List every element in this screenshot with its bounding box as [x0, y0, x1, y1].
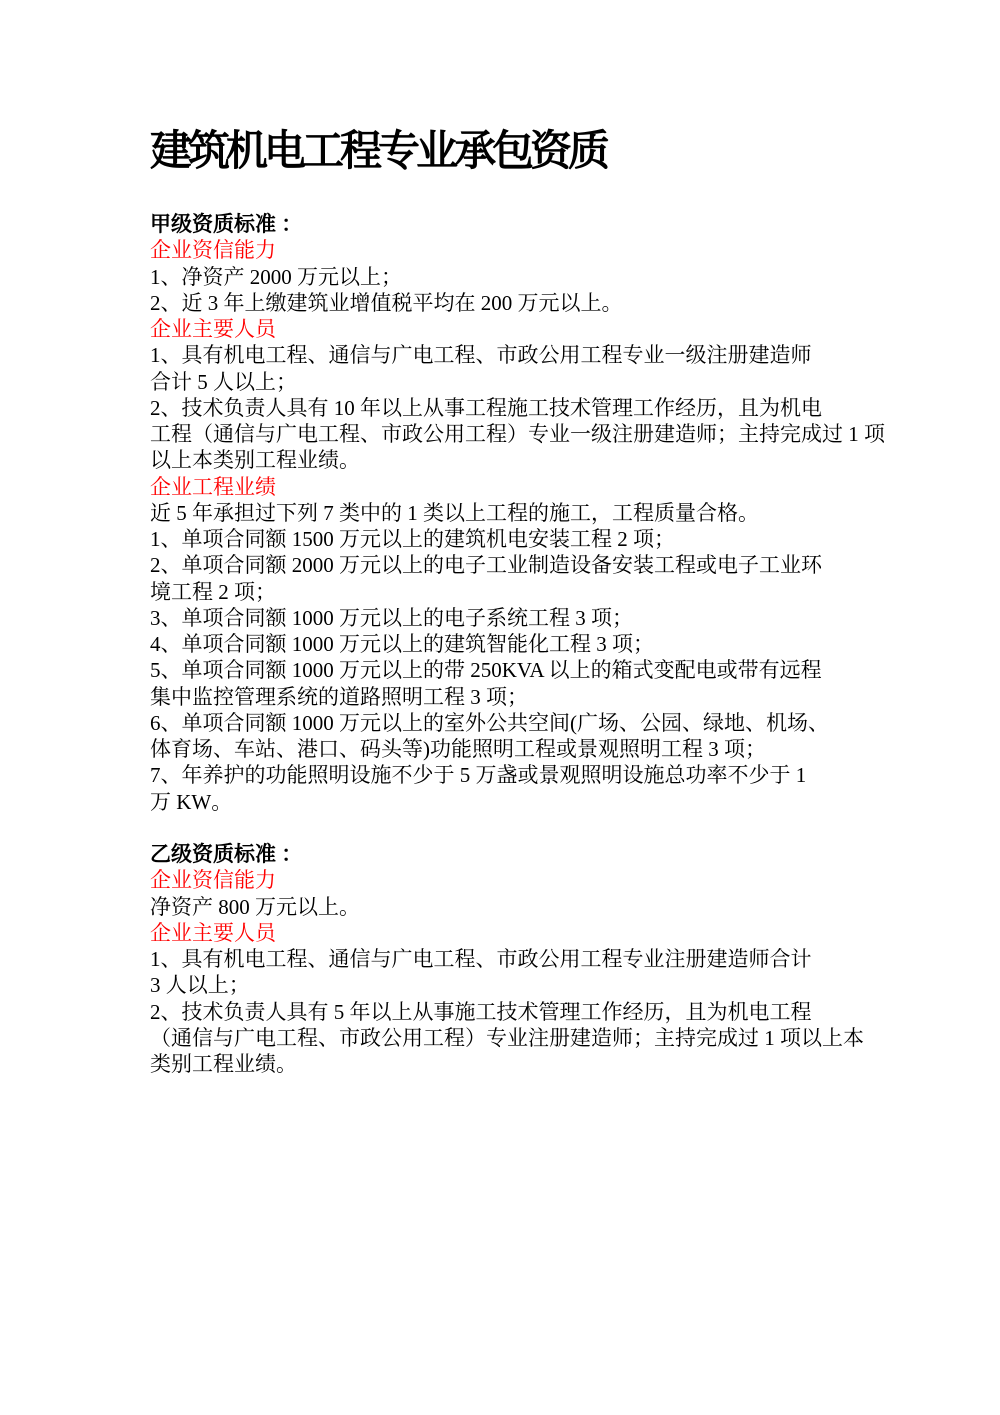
label-enterprise-credit: 企业资信能力 — [150, 237, 940, 263]
label-enterprise-performance: 企业工程业绩 — [150, 474, 940, 500]
text-line: 净资产 800 万元以上。 — [150, 894, 940, 920]
text-line: 3 人以上； — [150, 972, 940, 998]
document-page: 建筑机电工程专业承包资质 甲级资质标准 ： 企业资信能力 1、净资产 2000 … — [0, 0, 1000, 1415]
section-gap — [150, 815, 940, 841]
section-grade-a: 甲级资质标准 ： 企业资信能力 1、净资产 2000 万元以上； 2、近 3 年… — [150, 211, 940, 815]
text-line: 体育场、车站、港口、码头等)功能照明工程或景观照明工程 3 项； — [150, 736, 940, 762]
text-line: 6、单项合同额 1000 万元以上的室外公共空间(广场、公园、绿地、机场、 — [150, 710, 940, 736]
text-line: 2、技术负责人具有 10 年以上从事工程施工技术管理工作经历，且为机电 — [150, 395, 940, 421]
page-title: 建筑机电工程专业承包资质 — [150, 127, 940, 177]
label-enterprise-key-personnel: 企业主要人员 — [150, 316, 940, 342]
text-line: 2、单项合同额 2000 万元以上的电子工业制造设备安装工程或电子工业环 — [150, 552, 940, 578]
text-line: 5、单项合同额 1000 万元以上的带 250KVA 以上的箱式变配电或带有远程 — [150, 657, 940, 683]
text-line: 2、技术负责人具有 5 年以上从事施工技术管理工作经历，且为机电工程 — [150, 999, 940, 1025]
section-grade-b: 乙级资质标准 ： 企业资信能力 净资产 800 万元以上。 企业主要人员 1、具… — [150, 841, 940, 1077]
text-line: 1、净资产 2000 万元以上； — [150, 264, 940, 290]
label-enterprise-credit: 企业资信能力 — [150, 867, 940, 893]
grade-b-heading: 乙级资质标准 ： — [150, 841, 940, 867]
grade-a-heading: 甲级资质标准 ： — [150, 211, 940, 237]
text-line: 类别工程业绩。 — [150, 1051, 940, 1077]
label-enterprise-key-personnel: 企业主要人员 — [150, 920, 940, 946]
text-line: 合计 5 人以上； — [150, 369, 940, 395]
text-line: 万 KW。 — [150, 789, 940, 815]
text-line: 3、单项合同额 1000 万元以上的电子系统工程 3 项； — [150, 605, 940, 631]
text-line: 2、近 3 年上缴建筑业增值税平均在 200 万元以上。 — [150, 290, 940, 316]
text-line: 近 5 年承担过下列 7 类中的 1 类以上工程的施工，工程质量合格。 — [150, 500, 940, 526]
text-line: 1、具有机电工程、通信与广电工程、市政公用工程专业一级注册建造师 — [150, 342, 940, 368]
text-line: （通信与广电工程、市政公用工程）专业注册建造师；主持完成过 1 项以上本 — [150, 1025, 940, 1051]
text-line: 1、具有机电工程、通信与广电工程、市政公用工程专业注册建造师合计 — [150, 946, 940, 972]
text-line: 境工程 2 项； — [150, 579, 940, 605]
text-line: 4、单项合同额 1000 万元以上的建筑智能化工程 3 项； — [150, 631, 940, 657]
text-line: 7、年养护的功能照明设施不少于 5 万盏或景观照明设施总功率不少于 1 — [150, 762, 940, 788]
text-line: 集中监控管理系统的道路照明工程 3 项； — [150, 684, 940, 710]
document-content: 建筑机电工程专业承包资质 甲级资质标准 ： 企业资信能力 1、净资产 2000 … — [150, 127, 940, 1077]
text-line: 1、单项合同额 1500 万元以上的建筑机电安装工程 2 项； — [150, 526, 940, 552]
text-line: 工程（通信与广电工程、市政公用工程）专业一级注册建造师；主持完成过 1 项 — [150, 421, 940, 447]
text-line: 以上本类别工程业绩。 — [150, 447, 940, 473]
